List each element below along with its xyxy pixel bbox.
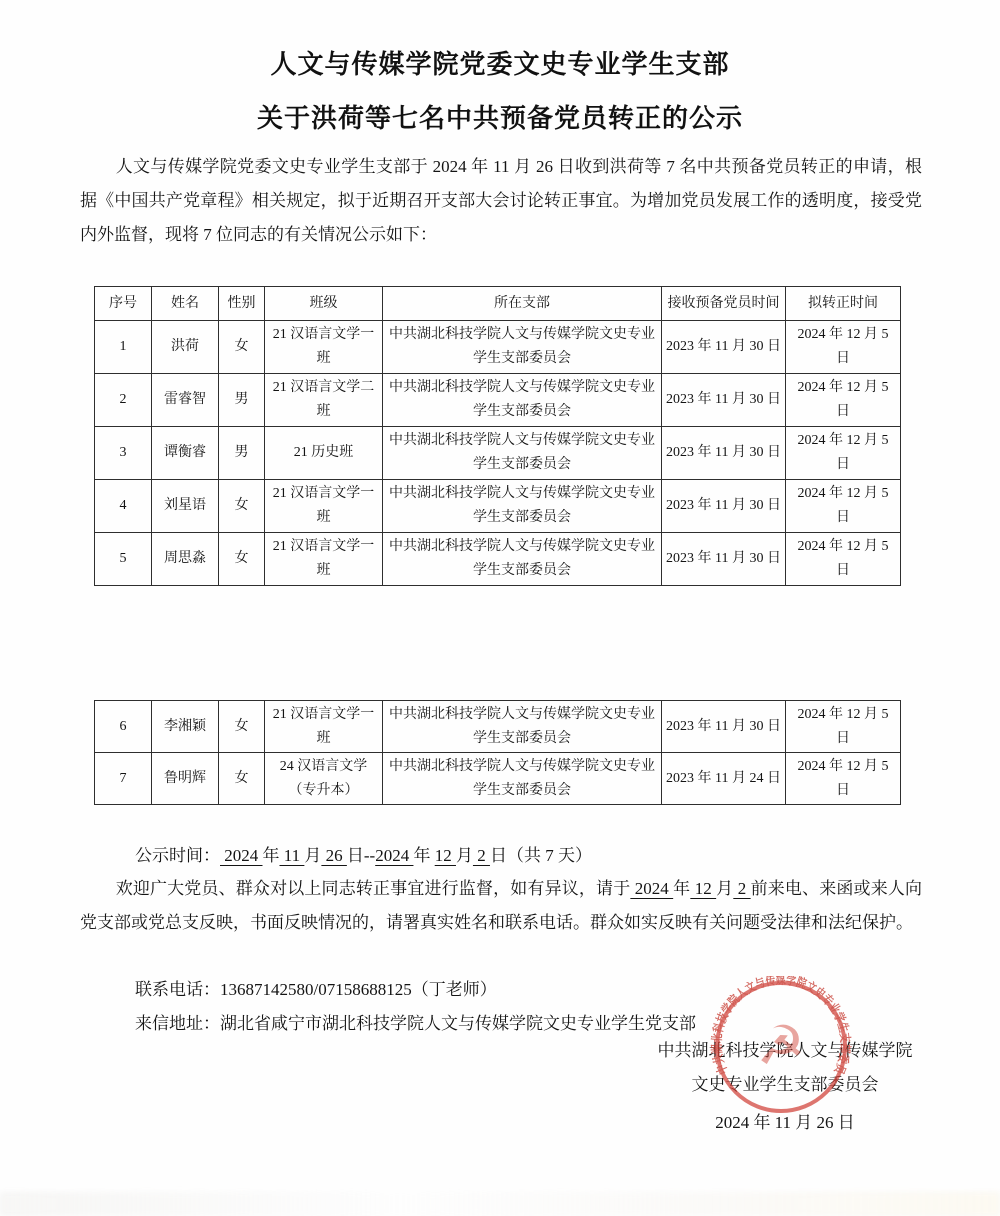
cell-branch: 中共湖北科技学院人文与传媒学院文史专业学生支部委员会 — [383, 533, 662, 586]
cell-admitted: 2023 年 11 月 30 日 — [662, 533, 786, 586]
column-header: 性别 — [219, 287, 265, 321]
cell-admitted: 2023 年 11 月 30 日 — [662, 427, 786, 480]
table-header-row: 序号姓名性别班级所在支部接收预备党员时间拟转正时间 — [95, 287, 901, 321]
cell-gender: 男 — [219, 374, 265, 427]
cell-no: 5 — [95, 533, 152, 586]
cell-branch: 中共湖北科技学院人文与传媒学院文史专业学生支部委员会 — [383, 753, 662, 805]
cell-admitted: 2023 年 11 月 30 日 — [662, 701, 786, 753]
cell-cls: 21 历史班 — [265, 427, 383, 480]
cell-gender: 女 — [219, 480, 265, 533]
cell-admitted: 2023 年 11 月 24 日 — [662, 753, 786, 805]
cell-branch: 中共湖北科技学院人文与传媒学院文史专业学生支部委员会 — [383, 427, 662, 480]
signature-org-line2: 文史专业学生支部委员会 — [618, 1068, 952, 1102]
cell-planned: 2024 年 12 月 5 日 — [786, 374, 901, 427]
cell-no: 4 — [95, 480, 152, 533]
cell-gender: 女 — [219, 321, 265, 374]
cell-no: 2 — [95, 374, 152, 427]
cell-name: 鲁明辉 — [152, 753, 219, 805]
cell-planned: 2024 年 12 月 5 日 — [786, 753, 901, 805]
publicity-period-line: 公示时间： 2024 年 11 月 26 日--2024 年 12 月 2 日（… — [80, 841, 922, 866]
cell-name: 周思淼 — [152, 533, 219, 586]
table-row: 3谭衡睿男21 历史班中共湖北科技学院人文与传媒学院文史专业学生支部委员会202… — [95, 427, 901, 480]
column-header: 接收预备党员时间 — [662, 287, 786, 321]
cell-name: 李湘颖 — [152, 701, 219, 753]
announcement-document: 人文与传媒学院党委文史专业学生支部 关于洪荷等七名中共预备党员转正的公示 人文与… — [0, 0, 1000, 1216]
cell-planned: 2024 年 12 月 5 日 — [786, 701, 901, 753]
cell-admitted: 2023 年 11 月 30 日 — [662, 374, 786, 427]
signature-block: 中共湖北科技学院人文与传媒学院 文史专业学生支部委员会 2024 年 11 月 … — [618, 1034, 952, 1140]
contact-phone-line: 联系电话：13687142580/07158688125（丁老师） — [80, 975, 922, 1000]
signature-org-line1: 中共湖北科技学院人文与传媒学院 — [618, 1034, 952, 1068]
cell-admitted: 2023 年 11 月 30 日 — [662, 480, 786, 533]
cell-branch: 中共湖北科技学院人文与传媒学院文史专业学生支部委员会 — [383, 701, 662, 753]
supervision-paragraph: 欢迎广大党员、群众对以上同志转正事宜进行监督，如有异议，请于 2024 年 12… — [80, 872, 922, 940]
cell-planned: 2024 年 12 月 5 日 — [786, 321, 901, 374]
contact-address-line: 来信地址：湖北省咸宁市湖北科技学院人文与传媒学院文史专业学生党支部 — [80, 1009, 922, 1034]
cell-name: 谭衡睿 — [152, 427, 219, 480]
column-header: 所在支部 — [383, 287, 662, 321]
cell-branch: 中共湖北科技学院人文与传媒学院文史专业学生支部委员会 — [383, 321, 662, 374]
column-header: 拟转正时间 — [786, 287, 901, 321]
document-subtitle: 关于洪荷等七名中共预备党员转正的公示 — [0, 98, 1000, 135]
cell-branch: 中共湖北科技学院人文与传媒学院文史专业学生支部委员会 — [383, 480, 662, 533]
cell-gender: 男 — [219, 427, 265, 480]
members-table-page1: 序号姓名性别班级所在支部接收预备党员时间拟转正时间 1洪荷女21 汉语言文学一班… — [94, 286, 901, 586]
cell-no: 1 — [95, 321, 152, 374]
signature-date: 2024 年 11 月 26 日 — [618, 1106, 952, 1140]
scan-artifact-band — [0, 1192, 1000, 1216]
document-title: 人文与传媒学院党委文史专业学生支部 — [0, 44, 1000, 81]
cell-planned: 2024 年 12 月 5 日 — [786, 533, 901, 586]
members-table-page2: 6李湘颖女21 汉语言文学一班中共湖北科技学院人文与传媒学院文史专业学生支部委员… — [94, 700, 901, 805]
cell-gender: 女 — [219, 533, 265, 586]
column-header: 班级 — [265, 287, 383, 321]
cell-planned: 2024 年 12 月 5 日 — [786, 480, 901, 533]
table-row: 5周思淼女21 汉语言文学一班中共湖北科技学院人文与传媒学院文史专业学生支部委员… — [95, 533, 901, 586]
cell-cls: 21 汉语言文学一班 — [265, 701, 383, 753]
cell-cls: 21 汉语言文学二班 — [265, 374, 383, 427]
column-header: 姓名 — [152, 287, 219, 321]
cell-gender: 女 — [219, 753, 265, 805]
table-row: 7鲁明辉女24 汉语言文学（专升本）中共湖北科技学院人文与传媒学院文史专业学生支… — [95, 753, 901, 805]
table-row: 4刘星语女21 汉语言文学一班中共湖北科技学院人文与传媒学院文史专业学生支部委员… — [95, 480, 901, 533]
cell-cls: 21 汉语言文学一班 — [265, 480, 383, 533]
cell-no: 7 — [95, 753, 152, 805]
cell-gender: 女 — [219, 701, 265, 753]
cell-cls: 21 汉语言文学一班 — [265, 533, 383, 586]
cell-name: 雷睿智 — [152, 374, 219, 427]
cell-cls: 24 汉语言文学（专升本） — [265, 753, 383, 805]
table-row: 1洪荷女21 汉语言文学一班中共湖北科技学院人文与传媒学院文史专业学生支部委员会… — [95, 321, 901, 374]
column-header: 序号 — [95, 287, 152, 321]
intro-paragraph: 人文与传媒学院党委文史专业学生支部于 2024 年 11 月 26 日收到洪荷等… — [80, 150, 922, 252]
cell-no: 6 — [95, 701, 152, 753]
cell-admitted: 2023 年 11 月 30 日 — [662, 321, 786, 374]
cell-name: 洪荷 — [152, 321, 219, 374]
cell-planned: 2024 年 12 月 5 日 — [786, 427, 901, 480]
table-row: 2雷睿智男21 汉语言文学二班中共湖北科技学院人文与传媒学院文史专业学生支部委员… — [95, 374, 901, 427]
cell-no: 3 — [95, 427, 152, 480]
cell-cls: 21 汉语言文学一班 — [265, 321, 383, 374]
cell-name: 刘星语 — [152, 480, 219, 533]
table-row: 6李湘颖女21 汉语言文学一班中共湖北科技学院人文与传媒学院文史专业学生支部委员… — [95, 701, 901, 753]
cell-branch: 中共湖北科技学院人文与传媒学院文史专业学生支部委员会 — [383, 374, 662, 427]
